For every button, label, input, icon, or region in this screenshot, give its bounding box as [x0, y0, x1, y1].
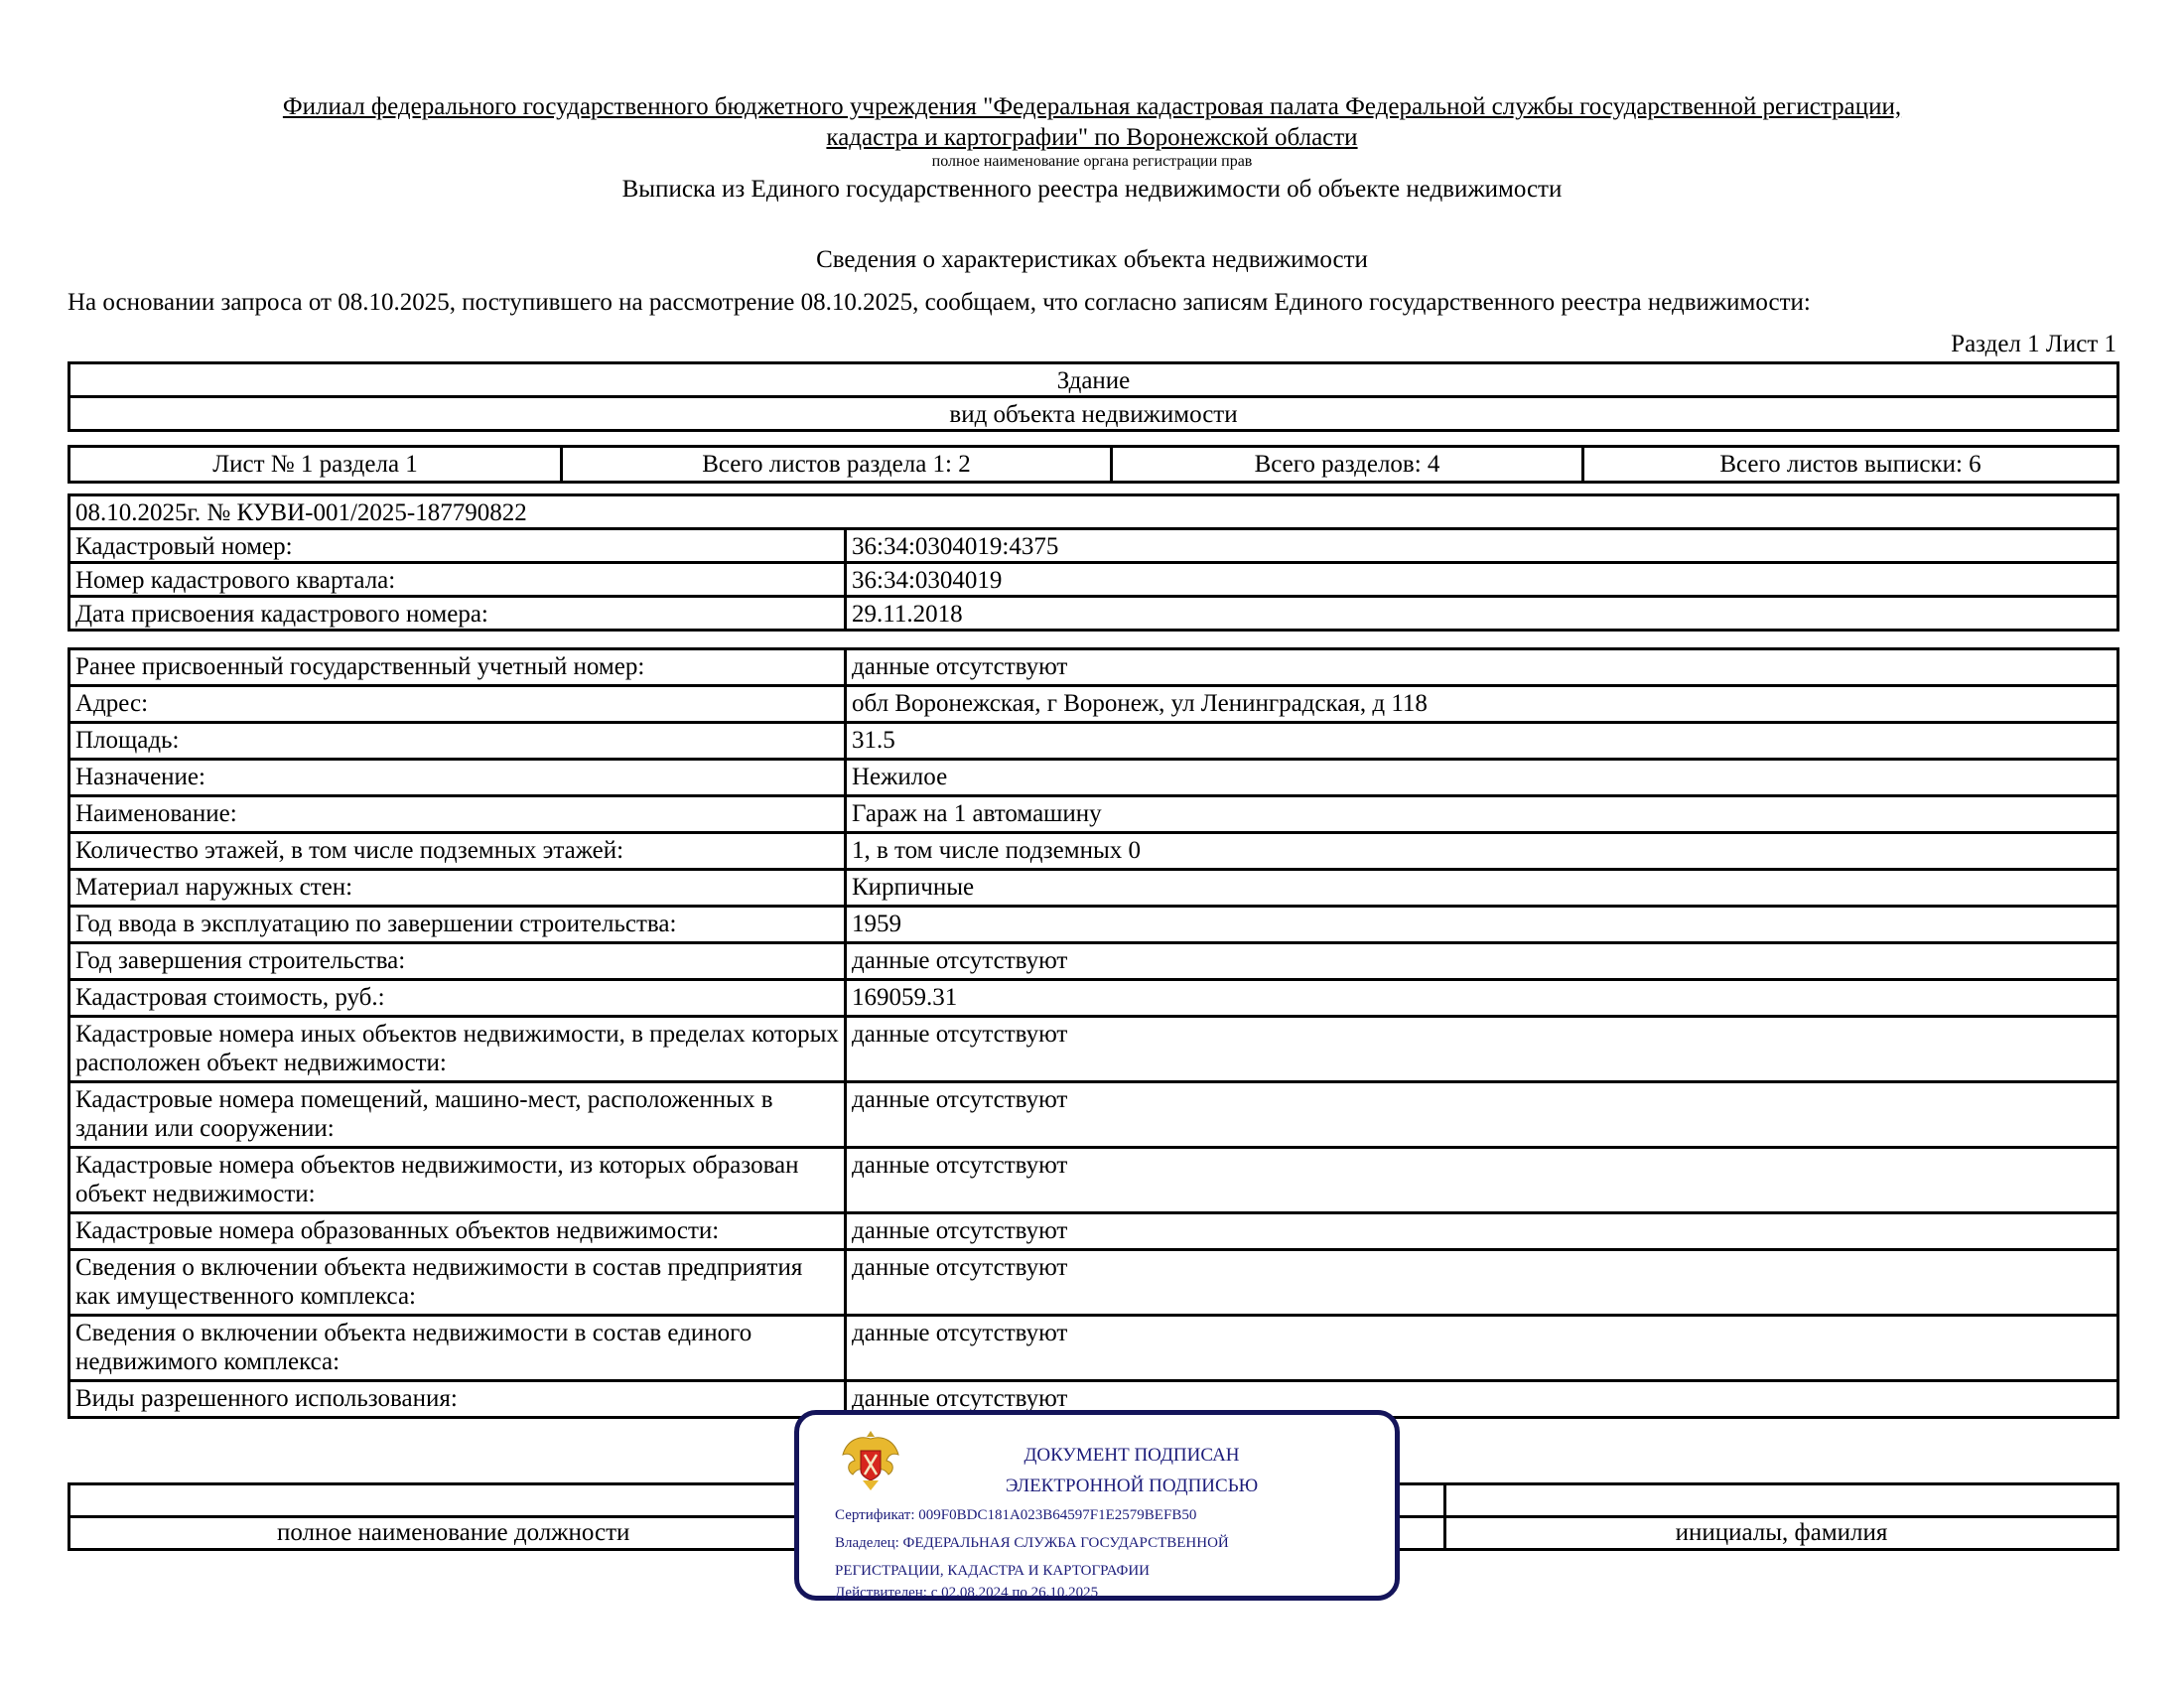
characteristic-row: Количество этажей, в том числе подземных…: [69, 833, 2118, 870]
sheet-reference: Раздел 1 Лист 1: [1951, 331, 2116, 358]
characteristic-row: Сведения о включении объекта недвижимост…: [69, 1316, 2118, 1381]
field-label: Количество этажей, в том числе подземных…: [69, 833, 846, 870]
request-statement: На основании запроса от 08.10.2025, пост…: [68, 289, 1811, 317]
field-value: данные отсутствуют: [846, 1316, 2118, 1381]
characteristic-row: Площадь:31.5: [69, 723, 2118, 760]
field-value: обл Воронежская, г Воронеж, ул Ленинград…: [846, 686, 2118, 723]
field-label: Площадь:: [69, 723, 846, 760]
field-label: Кадастровые номера иных объектов недвижи…: [69, 1017, 846, 1082]
field-value: 29.11.2018: [846, 597, 2118, 631]
characteristic-row: Назначение:Нежилое: [69, 760, 2118, 796]
field-label: Номер кадастрового квартала:: [69, 563, 846, 597]
field-label: Дата присвоения кадастрового номера:: [69, 597, 846, 631]
characteristic-row: Ранее присвоенный государственный учетны…: [69, 649, 2118, 686]
org-name-line2: кадастра и картографии" по Воронежской о…: [826, 124, 1357, 151]
identification-row: Дата присвоения кадастрового номера:29.1…: [69, 597, 2118, 631]
field-label: Кадастровая стоимость, руб.:: [69, 980, 846, 1017]
field-label: Кадастровые номера помещений, машино-мес…: [69, 1082, 846, 1148]
field-value: данные отсутствуют: [846, 1148, 2118, 1213]
section-title: Сведения о характеристиках объекта недви…: [0, 246, 2184, 274]
characteristic-row: Материал наружных стен:Кирпичные: [69, 870, 2118, 907]
field-label: Год завершения строительства:: [69, 943, 846, 980]
field-value: данные отсутствуют: [846, 943, 2118, 980]
field-label: Год ввода в эксплуатацию по завершении с…: [69, 907, 846, 943]
identification-table: 08.10.2025г. № КУВИ-001/2025-187790822 К…: [68, 493, 2119, 632]
field-label: Сведения о включении объекта недвижимост…: [69, 1250, 846, 1316]
field-label: Наименование:: [69, 796, 846, 833]
field-value: 31.5: [846, 723, 2118, 760]
org-caption: полное наименование органа регистрации п…: [0, 153, 2184, 171]
org-name: Филиал федерального государственного бюд…: [0, 91, 2184, 153]
characteristic-row: Кадастровые номера образованных объектов…: [69, 1213, 2118, 1250]
field-value: данные отсутствуют: [846, 1017, 2118, 1082]
field-value: 36:34:0304019: [846, 563, 2118, 597]
sections-total: Всего разделов: 4: [1112, 447, 1583, 483]
e-signature-stamp: ДОКУМЕНТ ПОДПИСАН ЭЛЕКТРОННОЙ ПОДПИСЬЮ С…: [794, 1410, 1400, 1601]
characteristic-row: Год ввода в эксплуатацию по завершении с…: [69, 907, 2118, 943]
object-kind-value: Здание: [69, 363, 2118, 397]
stamp-validity: Действителен: с 02.08.2024 по 26.10.2025: [835, 1585, 1098, 1602]
field-label: Кадастровые номера образованных объектов…: [69, 1213, 846, 1250]
stamp-title-line2: ЭЛЕКТРОННОЙ ПОДПИСЬЮ: [799, 1476, 1395, 1497]
field-value: Кирпичные: [846, 870, 2118, 907]
field-label: Сведения о включении объекта недвижимост…: [69, 1316, 846, 1381]
object-kind-table: Здание вид объекта недвижимости: [68, 361, 2119, 432]
field-value: Нежилое: [846, 760, 2118, 796]
field-value: данные отсутствуют: [846, 1082, 2118, 1148]
sheet-info-table: Лист № 1 раздела 1 Всего листов раздела …: [68, 445, 2119, 484]
extract-sheets-total: Всего листов выписки: 6: [1583, 447, 2118, 483]
field-label: Адрес:: [69, 686, 846, 723]
field-value: данные отсутствуют: [846, 1213, 2118, 1250]
characteristic-row: Кадастровая стоимость, руб.:169059.31: [69, 980, 2118, 1017]
stamp-owner-line1: Владелец: ФЕДЕРАЛЬНАЯ СЛУЖБА ГОСУДАРСТВЕ…: [835, 1535, 1229, 1552]
section-sheets-total: Всего листов раздела 1: 2: [562, 447, 1112, 483]
extract-number: 08.10.2025г. № КУВИ-001/2025-187790822: [69, 495, 2118, 529]
field-value: данные отсутствуют: [846, 1250, 2118, 1316]
field-label: Назначение:: [69, 760, 846, 796]
field-label: Материал наружных стен:: [69, 870, 846, 907]
characteristic-row: Кадастровые номера помещений, машино-мес…: [69, 1082, 2118, 1148]
characteristics-table: Ранее присвоенный государственный учетны…: [68, 647, 2119, 1419]
field-label: Кадастровые номера объектов недвижимости…: [69, 1148, 846, 1213]
field-label: Виды разрешенного использования:: [69, 1381, 846, 1418]
field-value: 1959: [846, 907, 2118, 943]
org-name-line1: Филиал федерального государственного бюд…: [283, 93, 1901, 120]
characteristic-row: Сведения о включении объекта недвижимост…: [69, 1250, 2118, 1316]
field-value: 36:34:0304019:4375: [846, 529, 2118, 563]
characteristic-row: Адрес:обл Воронежская, г Воронеж, ул Лен…: [69, 686, 2118, 723]
document-title: Выписка из Единого государственного реес…: [0, 176, 2184, 204]
characteristic-row: Кадастровые номера иных объектов недвижи…: [69, 1017, 2118, 1082]
stamp-owner-line2: РЕГИСТРАЦИИ, КАДАСТРА И КАРТОГРАФИИ: [835, 1563, 1150, 1580]
name-field: [1445, 1484, 2118, 1517]
characteristic-row: Наименование:Гараж на 1 автомашину: [69, 796, 2118, 833]
sheet-number: Лист № 1 раздела 1: [69, 447, 562, 483]
name-caption: инициалы, фамилия: [1445, 1517, 2118, 1550]
characteristic-row: Год завершения строительства:данные отсу…: [69, 943, 2118, 980]
stamp-title-line1: ДОКУМЕНТ ПОДПИСАН: [799, 1445, 1395, 1467]
object-kind-caption: вид объекта недвижимости: [69, 397, 2118, 431]
characteristic-row: Кадастровые номера объектов недвижимости…: [69, 1148, 2118, 1213]
identification-row: Номер кадастрового квартала:36:34:030401…: [69, 563, 2118, 597]
field-label: Ранее присвоенный государственный учетны…: [69, 649, 846, 686]
identification-row: Кадастровый номер:36:34:0304019:4375: [69, 529, 2118, 563]
field-label: Кадастровый номер:: [69, 529, 846, 563]
field-value: 1, в том числе подземных 0: [846, 833, 2118, 870]
stamp-certificate: Сертификат: 009F0BDC181A023B64597F1E2579…: [835, 1507, 1196, 1524]
field-value: данные отсутствуют: [846, 649, 2118, 686]
field-value: 169059.31: [846, 980, 2118, 1017]
field-value: Гараж на 1 автомашину: [846, 796, 2118, 833]
